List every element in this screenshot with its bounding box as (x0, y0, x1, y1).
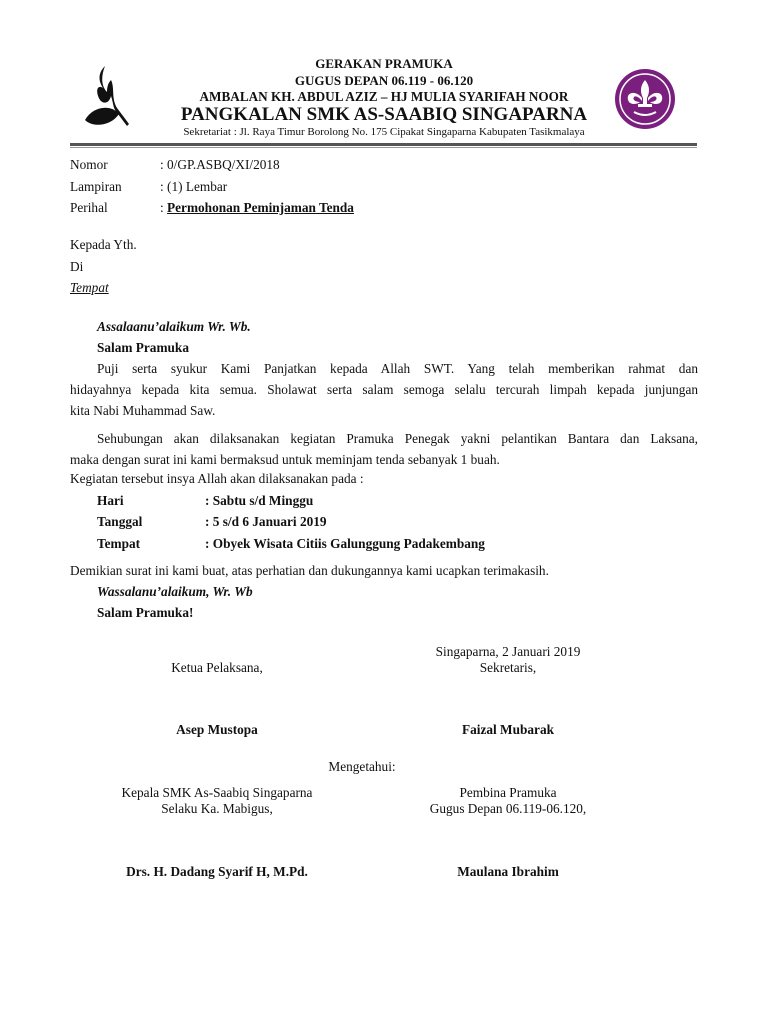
letterhead-divider (70, 143, 697, 146)
paragraph-line: kita Nabi Muhammad Saw. (70, 400, 698, 421)
paragraph-schedule-intro: Kegiatan tersebut insya Allah akan dilak… (70, 471, 364, 487)
salam-pramuka: Salam Pramuka (97, 340, 189, 356)
detail-value-tanggal: : 5 s/d 6 Januari 2019 (205, 514, 327, 530)
detail-label-hari: Hari (97, 493, 124, 509)
detail-label-tempat: Tempat (97, 536, 140, 552)
paragraph-opening: Puji serta syukur Kami Panjatkan kepada … (70, 358, 698, 421)
signer-headmaster-role: Selaku Ka. Mabigus, (87, 801, 347, 817)
letterhead-ambalan: AMBALAN KH. ABDUL AZIZ – HJ MULIA SYARIF… (0, 89, 768, 105)
paragraph-line: Puji serta syukur Kami Panjatkan kepada … (70, 358, 698, 379)
letterhead-pangkalan: PANGKALAN SMK AS-SAABIQ SINGAPARNA (0, 104, 768, 126)
closing-paragraph: Demikian surat ini kami buat, atas perha… (70, 563, 549, 579)
farewell: Wassalanu’alaikum, Wr. Wb (97, 584, 253, 600)
letterhead-gugus-depan: GUGUS DEPAN 06.119 - 06.120 (0, 73, 768, 89)
detail-value-tempat: : Obyek Wisata Citiis Galunggung Padakem… (205, 536, 485, 552)
nomor-value: : 0/GP.ASBQ/XI/2018 (160, 157, 280, 173)
letterhead-org: GERAKAN PRAMUKA (0, 56, 768, 72)
letterhead-address: Sekretariat : Jl. Raya Timur Borolong No… (0, 126, 768, 138)
salam-pramuka-end: Salam Pramuka! (97, 605, 193, 621)
signer-pembina-title: Pembina Pramuka (378, 785, 638, 801)
perihal-value: Permohonan Peminjaman Tenda (167, 200, 354, 215)
signer-left-name: Asep Mustopa (117, 722, 317, 738)
recipient-line2: Di (70, 259, 83, 275)
perihal-label: Perihal (70, 200, 108, 216)
signer-headmaster-name: Drs. H. Dadang Syarif H, M.Pd. (87, 864, 347, 880)
letterhead-divider-thin (70, 147, 697, 148)
recipient-line3: Tempat (70, 280, 109, 296)
place-date: Singaparna, 2 Januari 2019 (408, 644, 608, 660)
signer-left-title: Ketua Pelaksana, (117, 660, 317, 676)
detail-label-tanggal: Tanggal (97, 514, 142, 530)
paragraph-line: Sehubungan akan dilaksanakan kegiatan Pr… (70, 428, 698, 449)
signer-pembina-role: Gugus Depan 06.119-06.120, (378, 801, 638, 817)
perihal-field: : Permohonan Peminjaman Tenda (160, 200, 354, 216)
recipient-line1: Kepada Yth. (70, 237, 137, 253)
detail-value-hari: : Sabtu s/d Minggu (205, 493, 313, 509)
lampiran-value: : (1) Lembar (160, 179, 227, 195)
perihal-colon: : (160, 200, 167, 215)
greeting: Assalaanu’alaikum Wr. Wb. (97, 319, 251, 335)
signer-headmaster-title: Kepala SMK As-Saabiq Singaparna (87, 785, 347, 801)
paragraph-line: maka dengan surat ini kami bermaksud unt… (70, 449, 698, 470)
paragraph-line: hidayahnya kepada kita semua. Sholawat s… (70, 379, 698, 400)
signer-right-name: Faizal Mubarak (408, 722, 608, 738)
paragraph-purpose: Sehubungan akan dilaksanakan kegiatan Pr… (70, 428, 698, 470)
lampiran-label: Lampiran (70, 179, 122, 195)
signer-pembina-name: Maulana Ibrahim (378, 864, 638, 880)
acknowledge-label: Mengetahui: (262, 759, 462, 775)
nomor-label: Nomor (70, 157, 108, 173)
signer-right-title: Sekretaris, (408, 660, 608, 676)
